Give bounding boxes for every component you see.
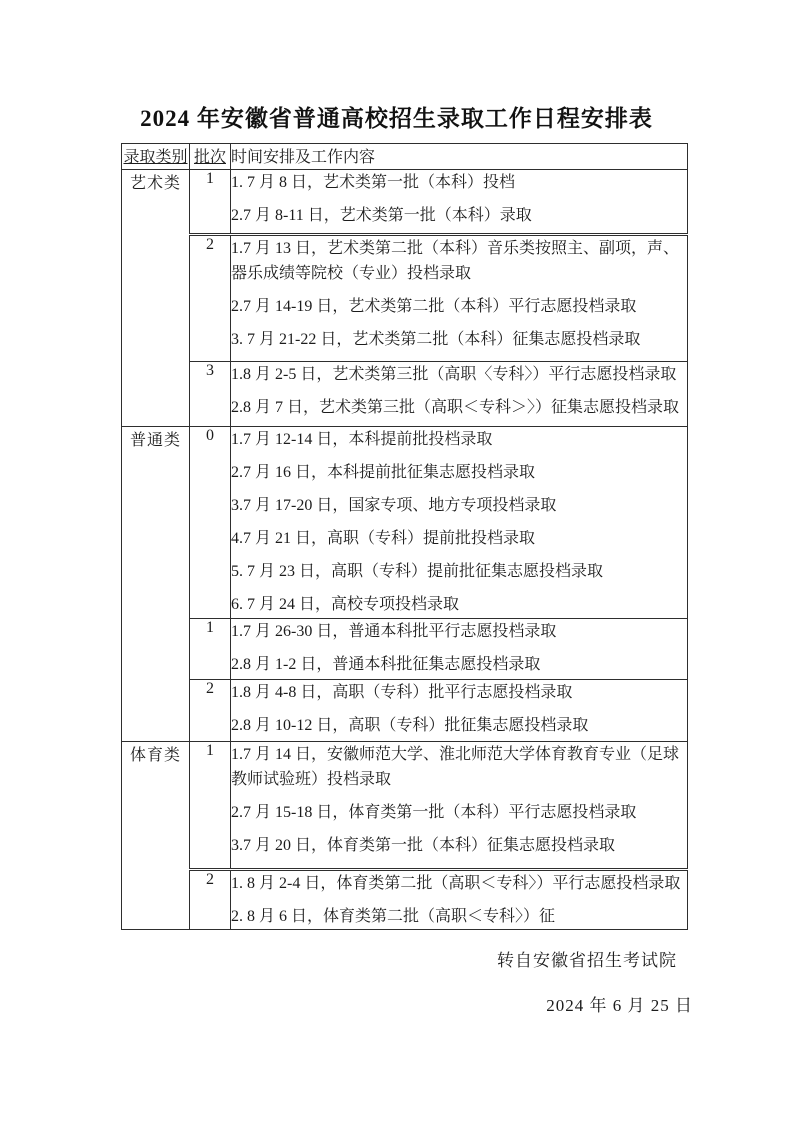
table-row: 3 1.8 月 2-5 日，艺术类第三批（高职〈专科〉）平行志愿投档录取 2.8… (122, 362, 688, 427)
batch-number: 0 (190, 427, 231, 619)
schedule-line: 4.7 月 21 日，高职（专科）提前批投档录取 (231, 526, 687, 551)
batch-number: 2 (190, 680, 231, 742)
category-general: 普通类 (122, 427, 190, 742)
schedule-line: 2.8 月 1-2 日，普通本科批征集志愿投档录取 (231, 652, 687, 677)
schedule-line: 2.8 月 7 日，艺术类第三批（高职＜专科＞〉）征集志愿投档录取 (231, 395, 687, 420)
batch-number: 2 (190, 235, 231, 362)
footer-date: 2024 年 6 月 25 日 (0, 991, 793, 1016)
content-cell: 1.7 月 13 日，艺术类第二批（本科）音乐类按照主、副项，声、器乐成绩等院校… (231, 235, 688, 362)
schedule-line: 5. 7 月 23 日，高职（专科）提前批征集志愿投档录取 (231, 559, 687, 584)
table-header-row: 录取类别 批次 时间安排及工作内容 (122, 144, 688, 170)
category-sports: 体育类 (122, 742, 190, 930)
header-category-label: 录取类别 (123, 149, 187, 166)
header-batch-label: 批次 (194, 149, 226, 166)
header-category: 录取类别 (122, 144, 190, 170)
table-row: 2 1. 8 月 2-4 日，体育类第二批（高职＜专科〉）平行志愿投档录取 2.… (122, 870, 688, 930)
page-title: 2024 年安徽省普通高校招生录取工作日程安排表 (0, 0, 793, 133)
schedule-table: 录取类别 批次 时间安排及工作内容 艺术类 1 1. 7 月 8 日，艺术类第一… (121, 143, 688, 930)
table-row: 2 1.8 月 4-8 日，高职（专科）批平行志愿投档录取 2.8 月 10-1… (122, 680, 688, 742)
content-cell: 1.7 月 12-14 日，本科提前批投档录取 2.7 月 16 日，本科提前批… (231, 427, 688, 619)
schedule-line: 1. 7 月 8 日，艺术类第一批（本科）投档 (231, 170, 687, 195)
schedule-line: 1.7 月 26-30 日，普通本科批平行志愿投档录取 (231, 619, 687, 644)
footer-source: 转自安徽省招生考试院 (0, 946, 793, 971)
schedule-line: 2.7 月 15-18 日，体育类第一批（本科）平行志愿投档录取 (231, 800, 687, 825)
document-page: 2024 年安徽省普通高校招生录取工作日程安排表 录取类别 批次 时间安排及工作… (0, 0, 793, 1122)
schedule-line: 1.7 月 13 日，艺术类第二批（本科）音乐类按照主、副项，声、器乐成绩等院校… (231, 236, 687, 286)
table-row: 普通类 0 1.7 月 12-14 日，本科提前批投档录取 2.7 月 16 日… (122, 427, 688, 619)
schedule-line: 2.8 月 10-12 日，高职（专科）批征集志愿投档录取 (231, 713, 687, 738)
header-batch: 批次 (190, 144, 231, 170)
schedule-line: 3. 7 月 21-22 日，艺术类第二批（本科）征集志愿投档录取 (231, 327, 687, 352)
schedule-line: 1.7 月 14 日，安徽师范大学、淮北师范大学体育教育专业（足球教师试验班）投… (231, 742, 687, 792)
table-row: 艺术类 1 1. 7 月 8 日，艺术类第一批（本科）投档 2.7 月 8-11… (122, 170, 688, 235)
schedule-line: 2.7 月 16 日，本科提前批征集志愿投档录取 (231, 460, 687, 485)
batch-number: 3 (190, 362, 231, 427)
schedule-line: 6. 7 月 24 日，高校专项投档录取 (231, 592, 687, 617)
schedule-line: 2.7 月 14-19 日，艺术类第二批（本科）平行志愿投档录取 (231, 294, 687, 319)
header-content: 时间安排及工作内容 (231, 144, 688, 170)
schedule-line: 2. 8 月 6 日，体育类第二批（高职＜专科〉）征 (231, 904, 687, 929)
batch-number: 1 (190, 170, 231, 235)
table-row: 2 1.7 月 13 日，艺术类第二批（本科）音乐类按照主、副项，声、器乐成绩等… (122, 235, 688, 362)
content-cell: 1. 8 月 2-4 日，体育类第二批（高职＜专科〉）平行志愿投档录取 2. 8… (231, 870, 688, 930)
content-cell: 1. 7 月 8 日，艺术类第一批（本科）投档 2.7 月 8-11 日，艺术类… (231, 170, 688, 235)
schedule-line: 3.7 月 17-20 日，国家专项、地方专项投档录取 (231, 493, 687, 518)
schedule-line: 1. 8 月 2-4 日，体育类第二批（高职＜专科〉）平行志愿投档录取 (231, 871, 687, 896)
table-row: 体育类 1 1.7 月 14 日，安徽师范大学、淮北师范大学体育教育专业（足球教… (122, 742, 688, 870)
schedule-line: 3.7 月 20 日，体育类第一批（本科）征集志愿投档录取 (231, 833, 687, 858)
content-cell: 1.7 月 26-30 日，普通本科批平行志愿投档录取 2.8 月 1-2 日，… (231, 619, 688, 680)
content-cell: 1.8 月 2-5 日，艺术类第三批（高职〈专科〉）平行志愿投档录取 2.8 月… (231, 362, 688, 427)
category-art: 艺术类 (122, 170, 190, 427)
batch-number: 1 (190, 742, 231, 870)
batch-number: 2 (190, 870, 231, 930)
content-cell: 1.8 月 4-8 日，高职（专科）批平行志愿投档录取 2.8 月 10-12 … (231, 680, 688, 742)
table-row: 1 1.7 月 26-30 日，普通本科批平行志愿投档录取 2.8 月 1-2 … (122, 619, 688, 680)
content-cell: 1.7 月 14 日，安徽师范大学、淮北师范大学体育教育专业（足球教师试验班）投… (231, 742, 688, 870)
schedule-line: 2.7 月 8-11 日，艺术类第一批（本科）录取 (231, 203, 687, 228)
schedule-line: 1.7 月 12-14 日，本科提前批投档录取 (231, 427, 687, 452)
schedule-line: 1.8 月 4-8 日，高职（专科）批平行志愿投档录取 (231, 680, 687, 705)
schedule-line: 1.8 月 2-5 日，艺术类第三批（高职〈专科〉）平行志愿投档录取 (231, 362, 687, 387)
batch-number: 1 (190, 619, 231, 680)
